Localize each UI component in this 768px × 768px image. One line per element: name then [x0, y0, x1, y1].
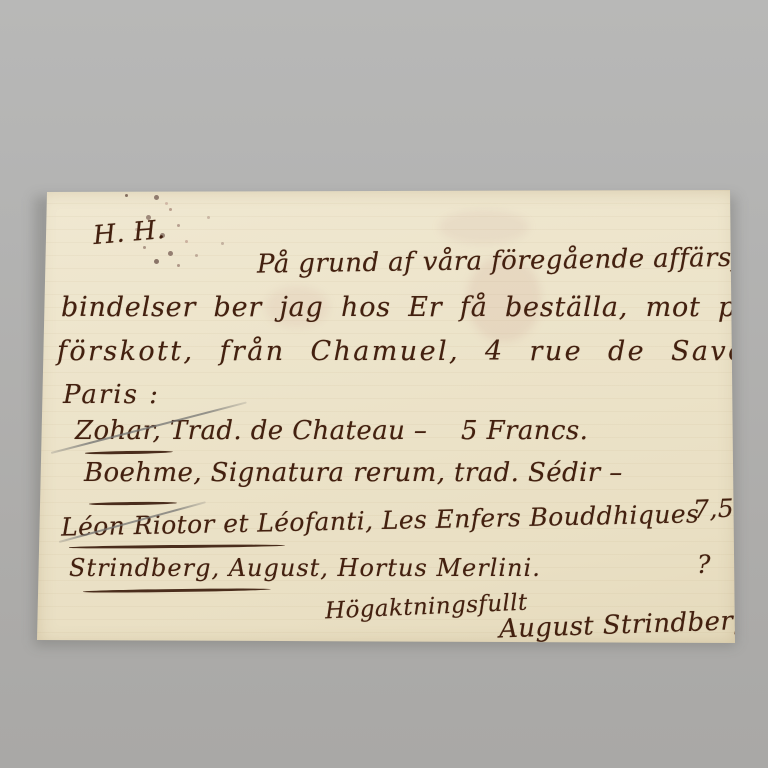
- handwritten-postcard: H. H. På grund af våra föregående affärs…: [37, 190, 737, 645]
- photo-background: H. H. På grund af våra föregående affärs…: [0, 0, 768, 768]
- book-price: 7,50: [693, 493, 751, 524]
- book-price: 5 Francs.: [461, 416, 588, 446]
- book-detail: , Hortus Merlini.: [320, 554, 541, 582]
- underline-stroke: [85, 450, 173, 455]
- signature: August Strindberg.: [499, 605, 760, 644]
- book-title: Boehme: [84, 458, 193, 488]
- postmark-ink-speckles: [125, 194, 128, 197]
- book-detail: , Signatura rerum, trad. Sédir –: [193, 458, 622, 488]
- body-line-2: bindelser ber jag hos Er få beställa, mo…: [61, 292, 768, 323]
- underline-stroke: [89, 501, 177, 505]
- book-row-riotor: Léon Riotor et Léofanti, Les Enfers Boud…: [61, 499, 700, 541]
- body-line-4: Paris :: [63, 380, 160, 410]
- book-title: Léon Riotor et Léofanti: [61, 506, 366, 541]
- book-price: ?: [697, 550, 711, 579]
- book-detail: , Trad. de Chateau –: [153, 416, 428, 446]
- book-row-boehme: Boehme, Signatura rerum, trad. Sédir –: [84, 458, 623, 488]
- underline-stroke: [69, 544, 285, 549]
- body-line-3: förskott, från Chamuel, 4 rue de Savoie,: [57, 336, 768, 367]
- book-detail: , Les Enfers Bouddhiques: [365, 499, 700, 535]
- salutation: H. H.: [92, 215, 166, 251]
- ink-smudge: [439, 210, 529, 244]
- closing-phrase: Högaktningsfullt: [325, 590, 529, 625]
- book-title: Strindberg, August: [69, 554, 320, 582]
- underline-stroke: [83, 588, 271, 594]
- body-line-1: På grund af våra föregående affärsför: [257, 242, 768, 279]
- book-row-strindberg: Strindberg, August, Hortus Merlini.: [69, 554, 541, 582]
